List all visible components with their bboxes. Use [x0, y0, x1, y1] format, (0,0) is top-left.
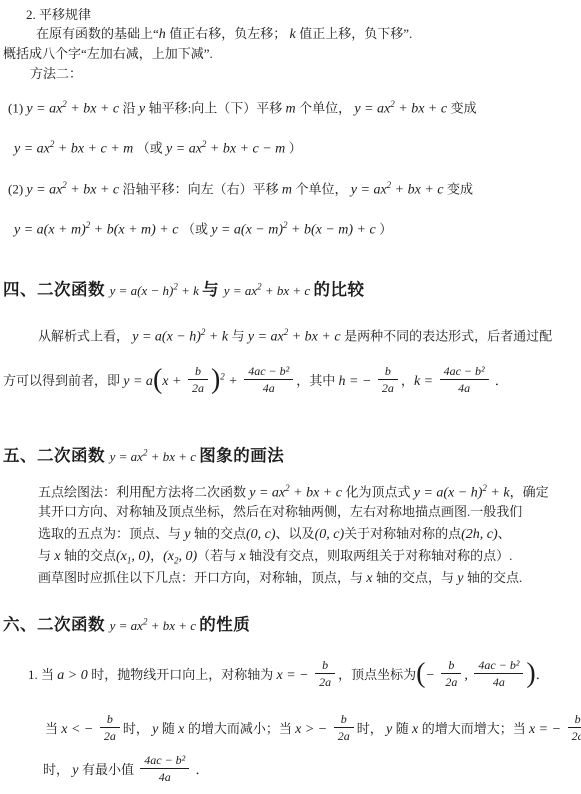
section-6-heading: 六、二次函数 y = ax2 + bx + c 的性质 — [3, 615, 250, 636]
big-paren: ) — [526, 660, 535, 688]
body-text: 当 — [45, 721, 61, 736]
math-text: y = ax — [248, 329, 284, 344]
fraction: 4ac − b²4a — [440, 364, 489, 396]
body-text: 变成 — [451, 100, 477, 115]
math-text: + bx + c — [67, 101, 123, 116]
math-text: y — [184, 527, 194, 542]
math-text: y = ax — [249, 485, 285, 500]
math-text: x = − — [529, 722, 565, 737]
body-text: 随 — [162, 721, 178, 736]
math-text: + k — [178, 283, 202, 298]
body-text: 时， — [357, 721, 386, 736]
heading-text: 图象的画法 — [199, 446, 284, 465]
body-text: （或 — [137, 140, 166, 155]
math-text: x + — [162, 374, 185, 389]
body-text: 2. 平移规律 — [26, 7, 91, 22]
math-text: m — [282, 182, 296, 197]
fraction-numerator: 4ac − b² — [474, 658, 523, 674]
math-text: + bx + c — [391, 182, 447, 197]
body-text: 的增大而增大；当 — [422, 721, 529, 736]
math-text: h = − — [339, 374, 375, 389]
fraction: b2a — [568, 712, 581, 744]
fraction-denominator: 2a — [568, 728, 581, 743]
fraction-denominator: 4a — [474, 674, 523, 689]
math-text: y = a(x − m) — [211, 222, 283, 237]
math-text: y — [457, 571, 467, 586]
section-6-item-1-line-2: 当 x < − b2a时， y 随 x 的增大而减小；当 x > − b2a时，… — [45, 714, 581, 746]
body-text: 在原有函数的基础上“ — [36, 26, 159, 41]
math-text: x — [239, 549, 249, 564]
method-2-step-2: (2) y = ax2 + bx + c 沿轴平移：向左（右）平移 m 个单位，… — [8, 180, 473, 199]
math-text: y — [139, 101, 149, 116]
body-text: 轴的交点 — [194, 526, 246, 541]
math-text: y = ax — [166, 141, 202, 156]
body-text: ，顶点坐标为 — [338, 667, 416, 682]
body-text: （若与 — [197, 548, 239, 563]
math-text: + bx + c − m — [206, 141, 288, 156]
fraction-denominator: 2a — [188, 380, 208, 395]
heading-text: 五、二次函数 — [3, 446, 110, 465]
fraction-numerator: b — [188, 364, 208, 380]
math-text: + bx + c — [67, 182, 123, 197]
body-text: 有最小值 — [82, 762, 137, 777]
math-text: (2h, c) — [461, 527, 498, 542]
body-text: 1. 当 — [28, 667, 57, 682]
big-paren: ( — [153, 366, 162, 394]
math-text: m — [285, 101, 299, 116]
heading-text: 的比较 — [313, 280, 364, 299]
math-text: + k — [487, 485, 510, 500]
fraction-numerator: b — [100, 712, 120, 728]
body-text: 与 — [38, 548, 54, 563]
fraction-numerator: 4ac − b² — [140, 753, 189, 769]
math-text: x > − — [295, 722, 331, 737]
section-5-para-line-2: 其开口方向、对称轴及顶点坐标，然后在对称轴两侧，左右对称地描点画图.一般我们 — [38, 504, 522, 520]
body-text: 从解析式上看， — [38, 328, 132, 343]
fraction-denominator: 2a — [100, 728, 120, 743]
math-text: y = a(x − h) — [414, 485, 483, 500]
math-text: y = ax — [354, 101, 390, 116]
fraction-denominator: 4a — [244, 380, 293, 395]
math-text: x < − — [61, 722, 97, 737]
math-text: (0, c) — [246, 527, 276, 542]
math-text: x — [178, 722, 188, 737]
shift-rule-title: 2. 平移规律 — [26, 7, 91, 23]
shift-rule-summary: 概括成八个字“左加右减，上加下减”. — [3, 46, 213, 62]
body-text: 、 — [498, 526, 511, 541]
math-text: y = ax — [26, 182, 62, 197]
section-5-para-line-5: 画草图时应抓住以下几点：开口方向，对称轴，顶点，与 x 轴的交点，与 y 轴的交… — [38, 570, 522, 588]
math-text: , — [464, 668, 471, 683]
math-text: x — [412, 722, 422, 737]
method-2-step-1-formula: y = ax2 + bx + c + m （或 y = ax2 + bx + c… — [14, 139, 302, 158]
math-text: y = ax — [351, 182, 387, 197]
fraction-numerator: b — [378, 364, 398, 380]
fraction-denominator: 4a — [440, 380, 489, 395]
body-text: 值正右移，负左移； — [169, 26, 289, 41]
math-text: y — [386, 722, 396, 737]
math-text: , 0) — [178, 549, 197, 564]
fraction-numerator: b — [441, 658, 461, 674]
heading-text: 的性质 — [199, 615, 250, 634]
body-text: 轴的交点，与 — [376, 570, 457, 585]
body-text: 的增大而减小；当 — [188, 721, 295, 736]
section-5-para-line-3: 选取的五点为：顶点、与 y 轴的交点(0, c)、以及(0, c)关于对称轴对称… — [38, 526, 511, 544]
body-text: 选取的五点为：顶点、与 — [38, 526, 184, 541]
fraction: 4ac − b²4a — [140, 753, 189, 785]
body-text: 轴平移:向上（下）平移 — [149, 100, 286, 115]
body-text: 方可以得到前者，即 — [3, 373, 123, 388]
body-text: (2) — [8, 181, 26, 196]
fraction-numerator: b — [315, 658, 335, 674]
fraction: b2a — [100, 712, 120, 744]
body-text: 时， — [43, 762, 72, 777]
math-text: (x — [163, 549, 174, 564]
body-text: 时，抛物线开口向上，对称轴为 — [91, 667, 276, 682]
section-4-para-line-2: 方可以得到前者，即 y = a(x + b2a)2 + 4ac − b²4a，其… — [3, 366, 508, 398]
fraction: 4ac − b²4a — [474, 658, 523, 690]
math-text: y = ax — [26, 101, 62, 116]
section-6-item-1-line-3: 时， y 有最小值 4ac − b²4a ． — [43, 755, 209, 787]
math-text: + b(x + m) + c — [90, 222, 182, 237]
math-text: y — [72, 763, 82, 778]
math-text: y = a(x − h) — [132, 329, 201, 344]
method-2-label: 方法二： — [30, 66, 82, 82]
body-text: 值正上移，负下移”. — [299, 26, 412, 41]
math-text: x — [366, 571, 376, 586]
math-text: h — [159, 27, 170, 42]
body-text: ． — [192, 762, 208, 777]
method-2-step-2-formula: y = a(x + m)2 + b(x + m) + c （或 y = a(x … — [14, 220, 392, 239]
section-5-heading: 五、二次函数 y = ax2 + bx + c 图象的画法 — [3, 446, 284, 467]
body-text: 个单位， — [299, 100, 354, 115]
fraction-denominator: 2a — [441, 674, 461, 689]
body-text: 化为顶点式 — [345, 484, 413, 499]
math-text: + bx + c + m — [54, 141, 136, 156]
math-text: k = — [414, 374, 437, 389]
document-page: 2. 平移规律在原有函数的基础上“h 值正右移，负左移； k 值正上移，负下移”… — [0, 0, 581, 794]
body-text: 时， — [123, 721, 152, 736]
math-text: y = ax — [110, 618, 143, 633]
math-text: y = a — [123, 374, 153, 389]
body-text: ，确定 — [510, 484, 549, 499]
math-text: a > 0 — [57, 668, 91, 683]
body-text: ，其中 — [296, 373, 338, 388]
body-text: 概括成八个字“左加右减，上加下减”. — [3, 46, 213, 61]
fraction: b2a — [441, 658, 461, 690]
body-text: 、以及 — [276, 526, 315, 541]
math-text: + bx + c — [147, 449, 199, 464]
big-paren: ( — [416, 660, 425, 688]
fraction-numerator: 4ac − b² — [440, 364, 489, 380]
body-text: ， — [401, 373, 414, 388]
body-text: 关于对称轴对称的点 — [344, 526, 461, 541]
math-text: x = − — [276, 668, 312, 683]
section-4-heading: 四、二次函数 y = a(x − h)2 + k 与 y = ax2 + bx … — [3, 280, 364, 301]
math-text: , 0) — [131, 549, 150, 564]
math-text: k — [290, 27, 300, 42]
math-text: − — [425, 668, 438, 683]
body-text: 沿轴平移：向左（右）平移 — [123, 181, 282, 196]
body-text: ， — [150, 548, 163, 563]
math-text: (x — [116, 549, 127, 564]
body-text: (1) — [8, 100, 26, 115]
fraction: b2a — [315, 658, 335, 690]
fraction-numerator: 4ac − b² — [244, 364, 293, 380]
fraction-denominator: 2a — [315, 674, 335, 689]
fraction: 4ac − b²4a — [244, 364, 293, 396]
heading-text: 与 — [202, 280, 224, 299]
section-5-para-line-4: 与 x 轴的交点(x1, 0)，(x2, 0)（若与 x 轴没有交点，则取两组关… — [38, 548, 512, 567]
math-text: + bx + c — [290, 485, 346, 500]
fraction-numerator: b — [334, 712, 354, 728]
shift-rule-desc: 在原有函数的基础上“h 值正右移，负左移； k 值正上移，负下移”. — [36, 26, 412, 44]
body-text: 随 — [396, 721, 412, 736]
math-text: y = a(x + m) — [14, 222, 86, 237]
section-5-para-line-1: 五点绘图法：利用配方法将二次函数 y = ax2 + bx + c 化为顶点式 … — [38, 483, 549, 502]
math-text: + bx + c — [288, 329, 344, 344]
body-text: 变成 — [447, 181, 473, 196]
math-text: (0, c) — [315, 527, 345, 542]
math-text: y = ax — [14, 141, 50, 156]
heading-text: 四、二次函数 — [3, 280, 110, 299]
fraction: b2a — [188, 364, 208, 396]
math-text: + k — [205, 329, 231, 344]
section-6-item-1-line-1: 1. 当 a > 0 时，抛物线开口向上，对称轴为 x = − b2a，顶点坐标… — [28, 660, 549, 692]
math-text: x — [54, 549, 64, 564]
body-text: ． — [492, 373, 508, 388]
fraction: b2a — [334, 712, 354, 744]
fraction-numerator: b — [568, 712, 581, 728]
body-text: ） — [289, 140, 302, 155]
body-text: 与 — [232, 328, 248, 343]
math-text: + b(x − m) + c — [288, 222, 380, 237]
body-text: （或 — [182, 221, 211, 236]
fraction-denominator: 2a — [378, 380, 398, 395]
body-text: 五点绘图法：利用配方法将二次函数 — [38, 484, 249, 499]
math-text: y = ax — [110, 449, 143, 464]
heading-text: 六、二次函数 — [3, 615, 110, 634]
method-2-step-1: (1) y = ax2 + bx + c 沿 y 轴平移:向上（下）平移 m 个… — [8, 99, 477, 118]
fraction: b2a — [378, 364, 398, 396]
body-text: 其开口方向、对称轴及顶点坐标，然后在对称轴两侧，左右对称地描点画图.一般我们 — [38, 504, 522, 519]
big-paren: ) — [211, 366, 220, 394]
math-text: + bx + c — [147, 618, 199, 633]
section-4-para-line-1: 从解析式上看， y = a(x − h)2 + k 与 y = ax2 + bx… — [38, 327, 552, 346]
body-text: 沿 — [123, 100, 139, 115]
math-text: y = a(x − h) — [110, 283, 174, 298]
math-text: + bx + c — [395, 101, 451, 116]
math-text: + — [225, 374, 241, 389]
body-text: 轴的交点. — [467, 570, 522, 585]
body-text: 个单位， — [296, 181, 351, 196]
fraction-denominator: 2a — [334, 728, 354, 743]
fraction-denominator: 4a — [140, 769, 189, 784]
body-text: ） — [379, 221, 392, 236]
body-text: 轴没有交点，则取两组关于对称轴对称的点）. — [249, 548, 512, 563]
math-text: + bx + c — [262, 283, 314, 298]
body-text: 画草图时应抓住以下几点：开口方向，对称轴，顶点，与 — [38, 570, 366, 585]
body-text: 方法二： — [30, 66, 82, 81]
math-text: y = ax — [224, 283, 257, 298]
body-text: 是两种不同的表达形式，后者通过配 — [344, 328, 552, 343]
body-text: 轴的交点 — [64, 548, 116, 563]
body-text: ． — [536, 667, 549, 682]
math-text: y — [152, 722, 162, 737]
